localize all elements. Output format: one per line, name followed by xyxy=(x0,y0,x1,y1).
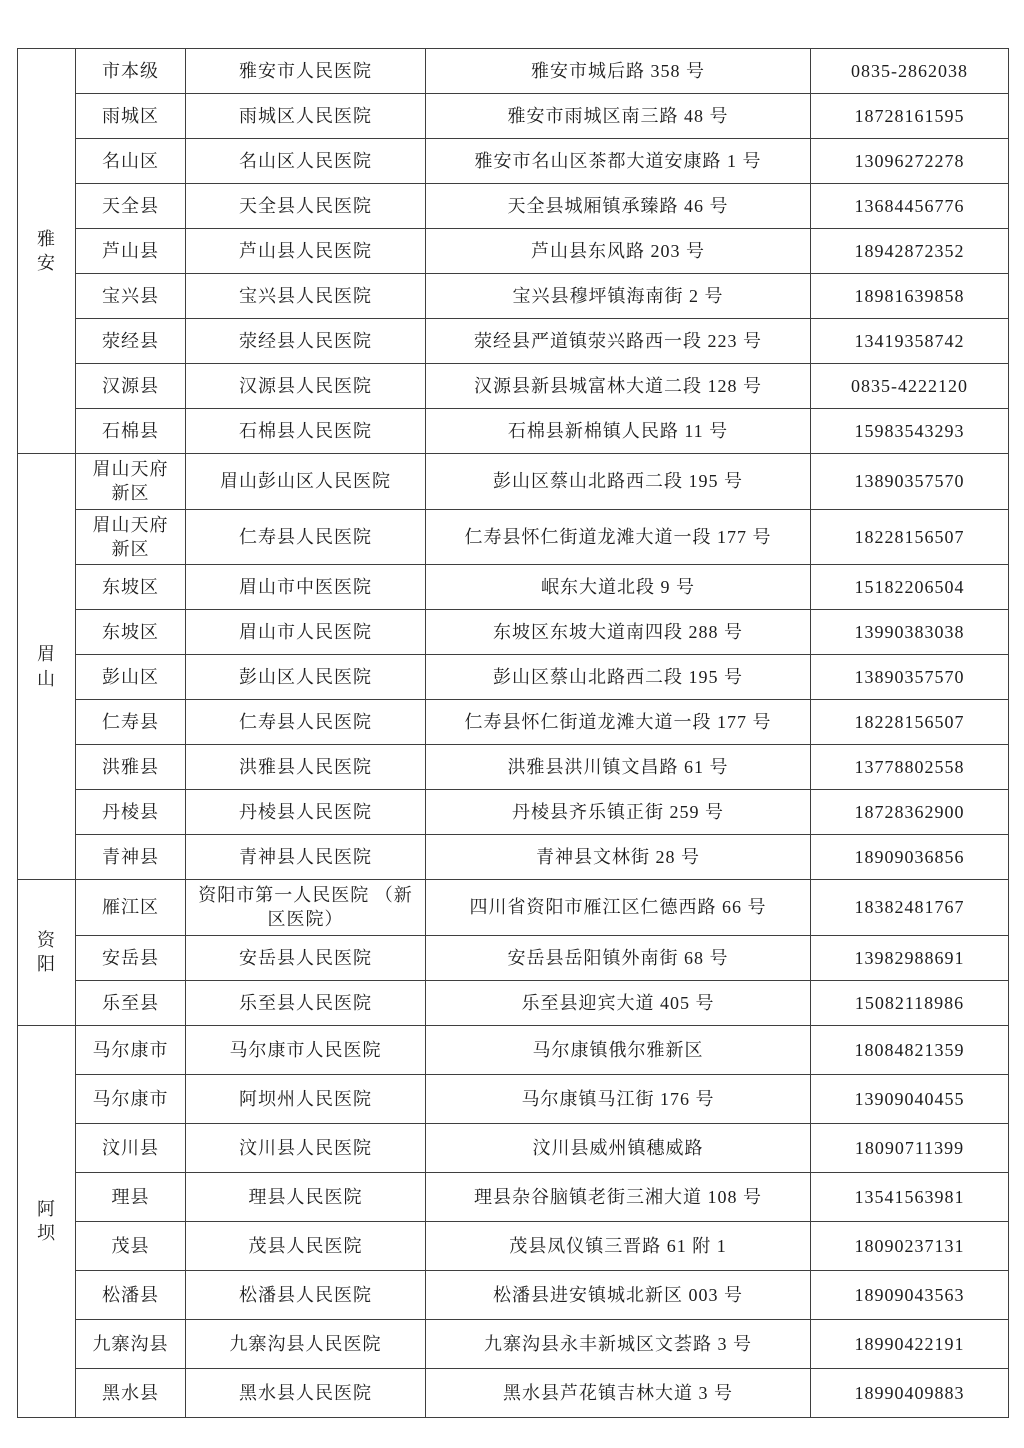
phone-cell: 18942872352 xyxy=(811,229,1009,274)
phone-cell: 18728161595 xyxy=(811,94,1009,139)
district-cell: 马尔康市 xyxy=(76,1074,186,1123)
phone-cell: 18981639858 xyxy=(811,274,1009,319)
hospital-table-body: 雅安市本级雅安市人民医院雅安市城后路 358 号0835-2862038雨城区雨… xyxy=(18,49,1009,1418)
district-cell: 雨城区 xyxy=(76,94,186,139)
phone-cell: 15983543293 xyxy=(811,409,1009,454)
hospital-cell: 眉山彭山区人民医院 xyxy=(186,454,426,510)
address-cell: 雅安市名山区茶都大道安康路 1 号 xyxy=(426,139,811,184)
hospital-cell: 天全县人民医院 xyxy=(186,184,426,229)
address-cell: 汶川县威州镇穗威路 xyxy=(426,1123,811,1172)
address-cell: 松潘县进安镇城北新区 003 号 xyxy=(426,1270,811,1319)
address-cell: 丹棱县齐乐镇正街 259 号 xyxy=(426,790,811,835)
table-row: 乐至县乐至县人民医院乐至县迎宾大道 405 号15082118986 xyxy=(18,980,1009,1025)
phone-cell: 0835-2862038 xyxy=(811,49,1009,94)
phone-cell: 13096272278 xyxy=(811,139,1009,184)
table-row: 洪雅县洪雅县人民医院洪雅县洪川镇文昌路 61 号13778802558 xyxy=(18,745,1009,790)
district-cell: 市本级 xyxy=(76,49,186,94)
district-cell: 宝兴县 xyxy=(76,274,186,319)
phone-cell: 18228156507 xyxy=(811,509,1009,565)
district-cell: 松潘县 xyxy=(76,1270,186,1319)
address-cell: 仁寿县怀仁街道龙滩大道一段 177 号 xyxy=(426,700,811,745)
address-cell: 宝兴县穆坪镇海南街 2 号 xyxy=(426,274,811,319)
phone-cell: 13890357570 xyxy=(811,655,1009,700)
address-cell: 石棉县新棉镇人民路 11 号 xyxy=(426,409,811,454)
table-row: 仁寿县仁寿县人民医院仁寿县怀仁街道龙滩大道一段 177 号18228156507 xyxy=(18,700,1009,745)
phone-cell: 18382481767 xyxy=(811,880,1009,936)
hospital-cell: 茂县人民医院 xyxy=(186,1221,426,1270)
hospital-cell: 马尔康市人民医院 xyxy=(186,1025,426,1074)
district-cell: 东坡区 xyxy=(76,565,186,610)
region-cell: 眉山 xyxy=(18,454,76,880)
address-cell: 理县杂谷脑镇老街三湘大道 108 号 xyxy=(426,1172,811,1221)
district-cell: 洪雅县 xyxy=(76,745,186,790)
phone-cell: 18084821359 xyxy=(811,1025,1009,1074)
hospital-cell: 仁寿县人民医院 xyxy=(186,700,426,745)
district-cell: 眉山天府新区 xyxy=(76,454,186,510)
address-cell: 荥经县严道镇荥兴路西一段 223 号 xyxy=(426,319,811,364)
hospital-cell: 眉山市人民医院 xyxy=(186,610,426,655)
address-cell: 四川省资阳市雁江区仁德西路 66 号 xyxy=(426,880,811,936)
table-row: 汶川县汶川县人民医院汶川县威州镇穗威路18090711399 xyxy=(18,1123,1009,1172)
hospital-cell: 资阳市第一人民医院 （新区医院） xyxy=(186,880,426,936)
table-row: 青神县青神县人民医院青神县文林街 28 号18909036856 xyxy=(18,835,1009,880)
table-row: 眉山眉山天府新区眉山彭山区人民医院彭山区蔡山北路西二段 195 号1389035… xyxy=(18,454,1009,510)
table-row: 东坡区眉山市中医医院岷东大道北段 9 号15182206504 xyxy=(18,565,1009,610)
district-cell: 丹棱县 xyxy=(76,790,186,835)
hospital-cell: 汉源县人民医院 xyxy=(186,364,426,409)
table-row: 雨城区雨城区人民医院雅安市雨城区南三路 48 号18728161595 xyxy=(18,94,1009,139)
table-row: 茂县茂县人民医院茂县凤仪镇三晋路 61 附 118090237131 xyxy=(18,1221,1009,1270)
table-row: 安岳县安岳县人民医院安岳县岳阳镇外南街 68 号13982988691 xyxy=(18,935,1009,980)
document-page: 雅安市本级雅安市人民医院雅安市城后路 358 号0835-2862038雨城区雨… xyxy=(0,0,1024,1448)
hospital-cell: 宝兴县人民医院 xyxy=(186,274,426,319)
address-cell: 雅安市雨城区南三路 48 号 xyxy=(426,94,811,139)
table-row: 天全县天全县人民医院天全县城厢镇承臻路 46 号13684456776 xyxy=(18,184,1009,229)
hospital-cell: 黑水县人民医院 xyxy=(186,1368,426,1417)
table-row: 汉源县汉源县人民医院汉源县新县城富林大道二段 128 号0835-4222120 xyxy=(18,364,1009,409)
district-cell: 理县 xyxy=(76,1172,186,1221)
table-row: 芦山县芦山县人民医院芦山县东风路 203 号18942872352 xyxy=(18,229,1009,274)
hospital-cell: 洪雅县人民医院 xyxy=(186,745,426,790)
phone-cell: 18909043563 xyxy=(811,1270,1009,1319)
hospital-cell: 丹棱县人民医院 xyxy=(186,790,426,835)
hospital-cell: 芦山县人民医院 xyxy=(186,229,426,274)
district-cell: 九寨沟县 xyxy=(76,1319,186,1368)
table-row: 荥经县荥经县人民医院荥经县严道镇荥兴路西一段 223 号13419358742 xyxy=(18,319,1009,364)
hospital-cell: 名山区人民医院 xyxy=(186,139,426,184)
address-cell: 雅安市城后路 358 号 xyxy=(426,49,811,94)
hospital-cell: 仁寿县人民医院 xyxy=(186,509,426,565)
region-cell: 阿坝 xyxy=(18,1025,76,1417)
address-cell: 九寨沟县永丰新城区文荟路 3 号 xyxy=(426,1319,811,1368)
hospital-cell: 彭山区人民医院 xyxy=(186,655,426,700)
address-cell: 乐至县迎宾大道 405 号 xyxy=(426,980,811,1025)
hospital-cell: 理县人民医院 xyxy=(186,1172,426,1221)
district-cell: 石棉县 xyxy=(76,409,186,454)
hospital-cell: 青神县人民医院 xyxy=(186,835,426,880)
phone-cell: 13909040455 xyxy=(811,1074,1009,1123)
hospital-cell: 安岳县人民医院 xyxy=(186,935,426,980)
address-cell: 仁寿县怀仁街道龙滩大道一段 177 号 xyxy=(426,509,811,565)
phone-cell: 18090237131 xyxy=(811,1221,1009,1270)
hospital-cell: 石棉县人民医院 xyxy=(186,409,426,454)
phone-cell: 13419358742 xyxy=(811,319,1009,364)
table-row: 黑水县黑水县人民医院黑水县芦花镇吉林大道 3 号18990409883 xyxy=(18,1368,1009,1417)
address-cell: 安岳县岳阳镇外南街 68 号 xyxy=(426,935,811,980)
phone-cell: 13541563981 xyxy=(811,1172,1009,1221)
hospital-cell: 松潘县人民医院 xyxy=(186,1270,426,1319)
address-cell: 马尔康镇马江街 176 号 xyxy=(426,1074,811,1123)
region-cell: 雅安 xyxy=(18,49,76,454)
table-row: 名山区名山区人民医院雅安市名山区茶都大道安康路 1 号13096272278 xyxy=(18,139,1009,184)
hospital-cell: 眉山市中医医院 xyxy=(186,565,426,610)
district-cell: 汉源县 xyxy=(76,364,186,409)
phone-cell: 18228156507 xyxy=(811,700,1009,745)
district-cell: 芦山县 xyxy=(76,229,186,274)
table-row: 宝兴县宝兴县人民医院宝兴县穆坪镇海南街 2 号18981639858 xyxy=(18,274,1009,319)
phone-cell: 13982988691 xyxy=(811,935,1009,980)
phone-cell: 18728362900 xyxy=(811,790,1009,835)
district-cell: 名山区 xyxy=(76,139,186,184)
address-cell: 洪雅县洪川镇文昌路 61 号 xyxy=(426,745,811,790)
phone-cell: 13684456776 xyxy=(811,184,1009,229)
address-cell: 彭山区蔡山北路西二段 195 号 xyxy=(426,454,811,510)
table-row: 马尔康市阿坝州人民医院马尔康镇马江街 176 号13909040455 xyxy=(18,1074,1009,1123)
phone-cell: 18090711399 xyxy=(811,1123,1009,1172)
address-cell: 黑水县芦花镇吉林大道 3 号 xyxy=(426,1368,811,1417)
phone-cell: 0835-4222120 xyxy=(811,364,1009,409)
district-cell: 彭山区 xyxy=(76,655,186,700)
address-cell: 彭山区蔡山北路西二段 195 号 xyxy=(426,655,811,700)
hospital-cell: 雨城区人民医院 xyxy=(186,94,426,139)
phone-cell: 13890357570 xyxy=(811,454,1009,510)
address-cell: 东坡区东坡大道南四段 288 号 xyxy=(426,610,811,655)
phone-cell: 15182206504 xyxy=(811,565,1009,610)
table-row: 眉山天府新区仁寿县人民医院仁寿县怀仁街道龙滩大道一段 177 号18228156… xyxy=(18,509,1009,565)
district-cell: 荥经县 xyxy=(76,319,186,364)
table-row: 石棉县石棉县人民医院石棉县新棉镇人民路 11 号15983543293 xyxy=(18,409,1009,454)
phone-cell: 15082118986 xyxy=(811,980,1009,1025)
hospital-cell: 荥经县人民医院 xyxy=(186,319,426,364)
address-cell: 茂县凤仪镇三晋路 61 附 1 xyxy=(426,1221,811,1270)
phone-cell: 18909036856 xyxy=(811,835,1009,880)
table-row: 丹棱县丹棱县人民医院丹棱县齐乐镇正街 259 号18728362900 xyxy=(18,790,1009,835)
address-cell: 岷东大道北段 9 号 xyxy=(426,565,811,610)
hospital-table: 雅安市本级雅安市人民医院雅安市城后路 358 号0835-2862038雨城区雨… xyxy=(17,48,1009,1418)
hospital-cell: 阿坝州人民医院 xyxy=(186,1074,426,1123)
district-cell: 安岳县 xyxy=(76,935,186,980)
address-cell: 芦山县东风路 203 号 xyxy=(426,229,811,274)
address-cell: 马尔康镇俄尔雅新区 xyxy=(426,1025,811,1074)
table-row: 彭山区彭山区人民医院彭山区蔡山北路西二段 195 号13890357570 xyxy=(18,655,1009,700)
phone-cell: 13990383038 xyxy=(811,610,1009,655)
hospital-cell: 乐至县人民医院 xyxy=(186,980,426,1025)
district-cell: 雁江区 xyxy=(76,880,186,936)
region-cell: 资阳 xyxy=(18,880,76,1026)
table-row: 理县理县人民医院理县杂谷脑镇老街三湘大道 108 号13541563981 xyxy=(18,1172,1009,1221)
table-row: 松潘县松潘县人民医院松潘县进安镇城北新区 003 号18909043563 xyxy=(18,1270,1009,1319)
hospital-cell: 雅安市人民医院 xyxy=(186,49,426,94)
district-cell: 青神县 xyxy=(76,835,186,880)
phone-cell: 18990422191 xyxy=(811,1319,1009,1368)
district-cell: 东坡区 xyxy=(76,610,186,655)
district-cell: 天全县 xyxy=(76,184,186,229)
district-cell: 仁寿县 xyxy=(76,700,186,745)
table-row: 雅安市本级雅安市人民医院雅安市城后路 358 号0835-2862038 xyxy=(18,49,1009,94)
district-cell: 黑水县 xyxy=(76,1368,186,1417)
district-cell: 眉山天府新区 xyxy=(76,509,186,565)
table-row: 阿坝马尔康市马尔康市人民医院马尔康镇俄尔雅新区18084821359 xyxy=(18,1025,1009,1074)
address-cell: 天全县城厢镇承臻路 46 号 xyxy=(426,184,811,229)
district-cell: 乐至县 xyxy=(76,980,186,1025)
hospital-cell: 汶川县人民医院 xyxy=(186,1123,426,1172)
address-cell: 青神县文林街 28 号 xyxy=(426,835,811,880)
phone-cell: 18990409883 xyxy=(811,1368,1009,1417)
table-row: 东坡区眉山市人民医院东坡区东坡大道南四段 288 号13990383038 xyxy=(18,610,1009,655)
district-cell: 汶川县 xyxy=(76,1123,186,1172)
district-cell: 茂县 xyxy=(76,1221,186,1270)
address-cell: 汉源县新县城富林大道二段 128 号 xyxy=(426,364,811,409)
table-row: 九寨沟县九寨沟县人民医院九寨沟县永丰新城区文荟路 3 号18990422191 xyxy=(18,1319,1009,1368)
table-row: 资阳雁江区资阳市第一人民医院 （新区医院）四川省资阳市雁江区仁德西路 66 号1… xyxy=(18,880,1009,936)
hospital-cell: 九寨沟县人民医院 xyxy=(186,1319,426,1368)
phone-cell: 13778802558 xyxy=(811,745,1009,790)
district-cell: 马尔康市 xyxy=(76,1025,186,1074)
